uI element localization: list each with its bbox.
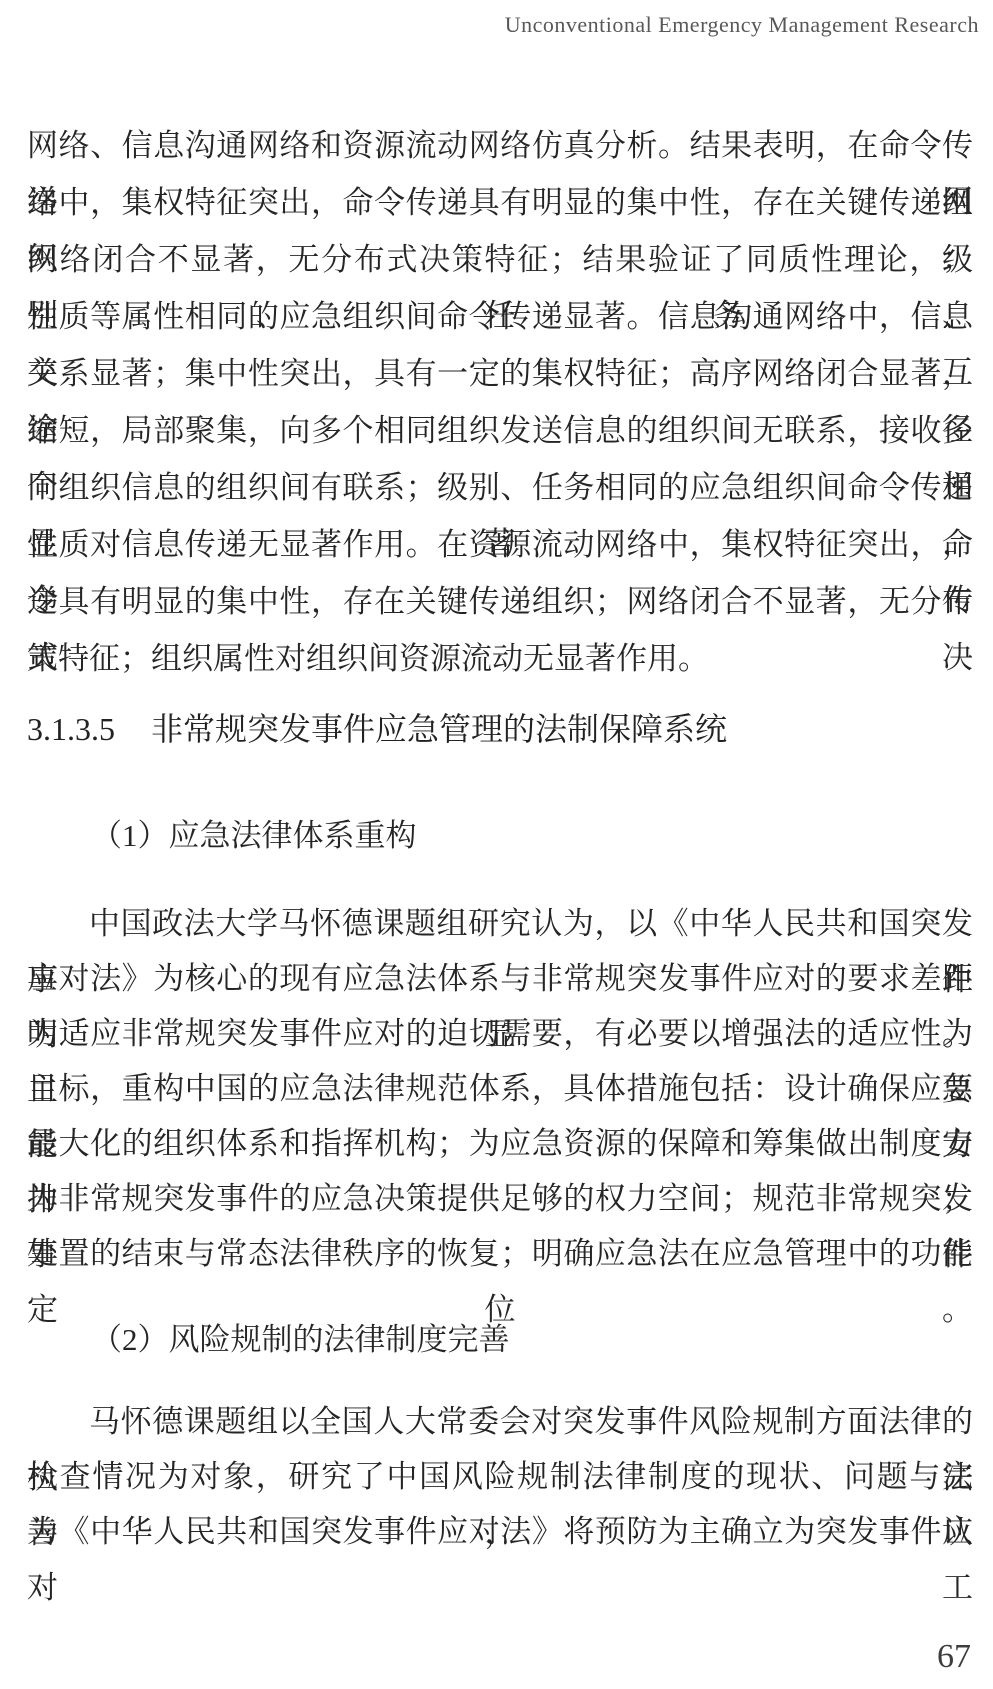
paragraph-line: 为非常规突发事件的应急决策提供足够的权力空间；规范非常规突发事件 [27,1171,973,1227]
paragraph-line: 检查情况为对象，研究了中国风险规制法律制度的现状、问题与完善，认 [27,1449,973,1505]
paragraph-line: 马怀德课题组以全国人大常委会对突发事件风险规制方面法律的执法 [27,1394,973,1450]
paragraph-line: 为适应非常规突发事件应对的迫切需要，有必要以增强法的适应性为主要 [27,1006,973,1062]
paragraph-line: 最大化的组织体系和指挥机构；为应急资源的保障和筹集做出制度安排； [27,1116,973,1172]
paragraph-line: 性质等属性相同的应急组织间命令传递显著。信息沟通网络中，信息交互 [27,289,973,345]
running-header: Unconventional Emergency Management Rese… [505,10,979,40]
paragraph-line: 处置的结束与常态法律秩序的恢复；明确应急法在应急管理中的功能定位。 [27,1226,973,1282]
paragraph-line: 关系显著；集中性突出，具有一定的集权特征；高序网络闭合显著，途径 [27,346,973,402]
subsection-heading-2: （2）风险规制的法律制度完善 [27,1312,973,1368]
paragraph-line: 同组织信息的组织间有联系；级别、任务相同的应急组织间命令传递显著， [27,460,973,516]
paragraph-line: 应对法》为核心的现有应急法体系与非常规突发事件应对的要求差距明显。 [27,951,973,1007]
paragraph-line: 策特征；组织属性对组织间资源流动无显著作用。 [27,631,973,687]
section-heading: 3.1.3.5非常规突发事件应急管理的法制保障系统 [27,700,973,758]
document-page: Unconventional Emergency Management Rese… [0,0,993,1689]
paragraph-line: 递具有明显的集中性，存在关键传递组织；网络闭合不显著，无分布式决 [27,574,973,630]
subsection-heading-1: （1）应急法律体系重构 [27,808,973,864]
paragraph-line: 为《中华人民共和国突发事件应对法》将预防为主确立为突发事件应对工 [27,1504,973,1560]
paragraph-line: 目标，重构中国的应急法律规范体系，具体措施包括：设计确保应急能力 [27,1061,973,1117]
paragraph-line: 络中，集权特征突出，命令传递具有明显的集中性，存在关键传递组织； [27,175,973,231]
paragraph-line: 性质对信息传递无显著作用。在资源流动网络中，集权特征突出，命令传 [27,517,973,573]
paragraph-line: 网络、信息沟通网络和资源流动网络仿真分析。结果表明，在命令传递网 [27,118,973,174]
page-number: 67 [937,1638,971,1676]
paragraph-line: 中国政法大学马怀德课题组研究认为，以《中华人民共和国突发事件 [27,896,973,952]
paragraph-line: 缩短，局部聚集，向多个相同组织发送信息的组织间无联系，接收多个相 [27,403,973,459]
section-title: 非常规突发事件应急管理的法制保障系统 [151,711,727,747]
paragraph-line: 网络闭合不显著，无分布式决策特征；结果验证了同质性理论，级别、任务、 [27,232,973,288]
section-number: 3.1.3.5 [27,700,115,758]
